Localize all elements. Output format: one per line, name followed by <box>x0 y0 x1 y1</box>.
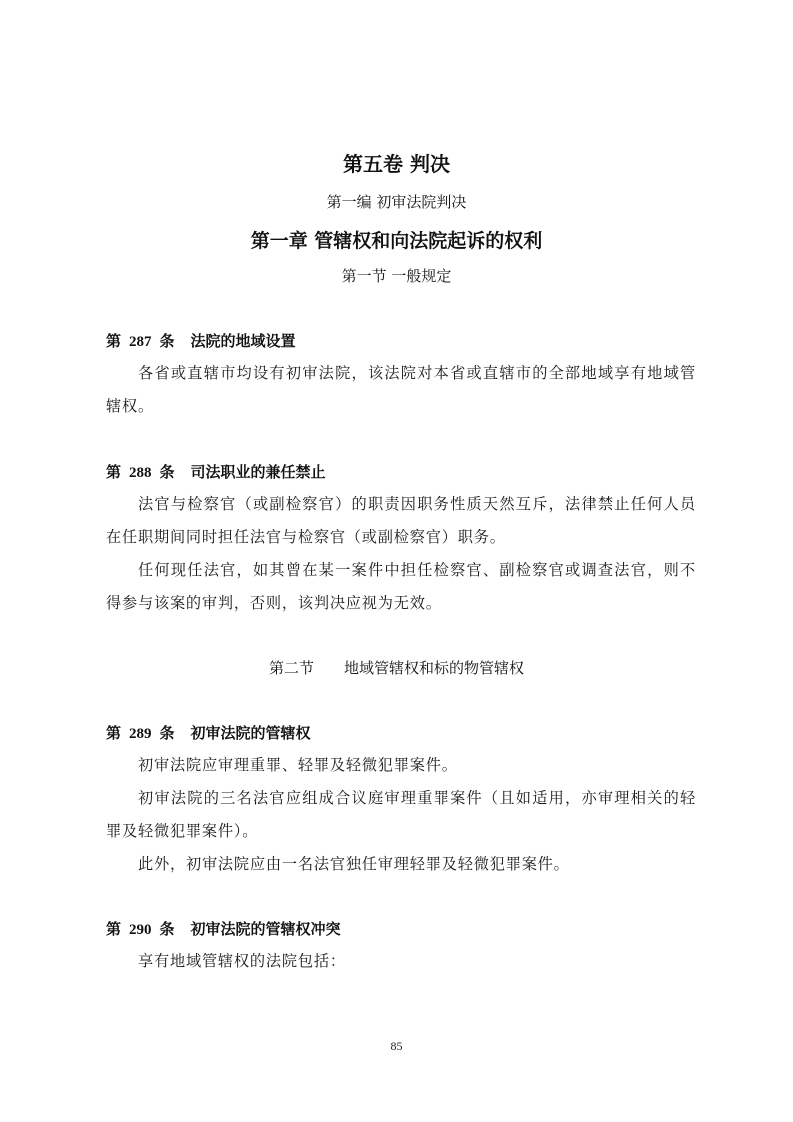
article-number: 290 <box>129 922 152 938</box>
article-paragraph: 各省或直辖市均设有初审法院，该法院对本省或直辖市的全部地域享有地域管辖权。 <box>106 357 696 423</box>
article-289: 第289条初审法院的管辖权 初审法院应审理重罪、轻罪及轻微犯罪案件。 初审法院的… <box>106 721 696 881</box>
article-number-prefix: 第 <box>106 724 121 742</box>
section-title-1: 第一节 一般规定 <box>0 265 793 286</box>
article-number-suffix: 条 <box>160 332 175 350</box>
article-title: 司法职业的兼任禁止 <box>191 463 326 481</box>
article-number: 287 <box>129 334 152 350</box>
document-page: 第五卷 判决 第一编 初审法院判决 第一章 管辖权和向法院起诉的权利 第一节 一… <box>0 0 793 1122</box>
article-paragraph: 初审法院应审理重罪、轻罪及轻微犯罪案件。 <box>106 749 696 782</box>
article-288: 第288条司法职业的兼任禁止 法官与检察官（或副检察官）的职责因职务性质天然互斥… <box>106 460 696 620</box>
article-heading: 第288条司法职业的兼任禁止 <box>106 460 696 484</box>
article-number-prefix: 第 <box>106 463 121 481</box>
article-number-suffix: 条 <box>160 463 175 481</box>
article-title: 初审法院的管辖权 <box>191 724 311 742</box>
article-number: 288 <box>129 465 152 481</box>
article-paragraph: 任何现任法官，如其曾在某一案件中担任检察官、副检察官或调查法官，则不得参与该案的… <box>106 554 696 620</box>
part-title: 第一编 初审法院判决 <box>0 191 793 212</box>
article-number-suffix: 条 <box>160 920 175 938</box>
article-number-prefix: 第 <box>106 332 121 350</box>
article-number: 289 <box>129 726 152 742</box>
article-number-prefix: 第 <box>106 920 121 938</box>
article-paragraph: 此外，初审法院应由一名法官独任审理轻罪及轻微犯罪案件。 <box>106 848 696 881</box>
section-prefix: 第二节 <box>269 659 314 677</box>
page-number: 85 <box>0 1039 793 1054</box>
article-heading: 第287条法院的地域设置 <box>106 329 696 353</box>
volume-title: 第五卷 判决 <box>0 148 793 177</box>
section-title: 地域管辖权和标的物管辖权 <box>344 659 524 677</box>
chapter-title: 第一章 管辖权和向法院起诉的权利 <box>0 226 793 253</box>
article-paragraph: 初审法院的三名法官应组成合议庭审理重罪案件（且如适用，亦审理相关的轻罪及轻微犯罪… <box>106 782 696 848</box>
section-title-2: 第二节地域管辖权和标的物管辖权 <box>0 657 793 678</box>
article-paragraph: 享有地域管辖权的法院包括： <box>106 945 696 978</box>
article-heading: 第289条初审法院的管辖权 <box>106 721 696 745</box>
article-heading: 第290条初审法院的管辖权冲突 <box>106 917 696 941</box>
article-287: 第287条法院的地域设置 各省或直辖市均设有初审法院，该法院对本省或直辖市的全部… <box>106 329 696 423</box>
article-title: 法院的地域设置 <box>191 332 296 350</box>
article-290: 第290条初审法院的管辖权冲突 享有地域管辖权的法院包括： <box>106 917 696 978</box>
article-title: 初审法院的管辖权冲突 <box>191 920 341 938</box>
article-number-suffix: 条 <box>160 724 175 742</box>
article-paragraph: 法官与检察官（或副检察官）的职责因职务性质天然互斥，法律禁止任何人员在任职期间同… <box>106 488 696 554</box>
